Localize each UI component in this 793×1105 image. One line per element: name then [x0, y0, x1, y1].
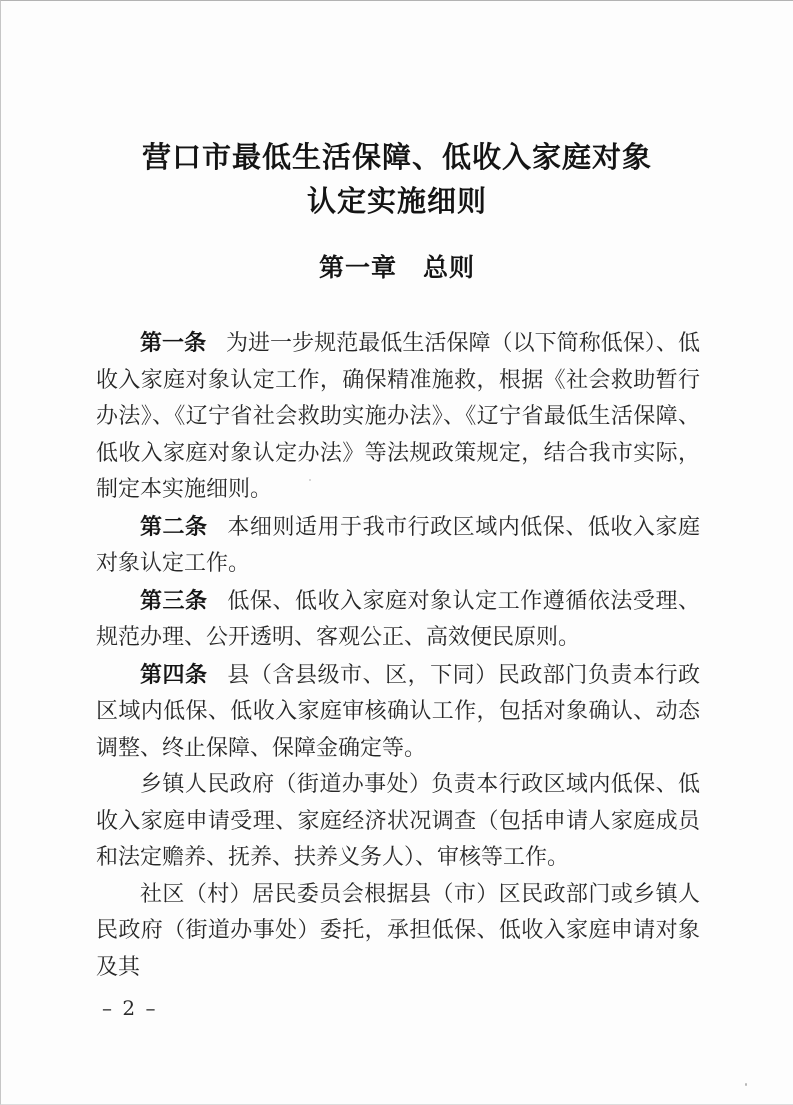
paragraph-article-4-continuation-2: 社区（村）居民委员会根据县（市）区民政部门或乡镇人民政府（街道办事处）委托，承担… — [96, 877, 700, 987]
document-title: 营口市最低生活保障、低收入家庭对象 认定实施细则 — [1, 1, 793, 223]
article-2-label: 第二条 — [140, 514, 208, 540]
paragraph-article-2: 第二条本细则适用于我市行政区域内低保、低收入家庭对象认定工作。 — [96, 509, 700, 583]
chapter-heading: 第一章 总则 — [1, 253, 793, 283]
article-4-label: 第四条 — [140, 662, 208, 688]
article-4-continuation-2-text: 社区（村）居民委员会根据县（市）区民政部门或乡镇人民政府（街道办事处）委托，承担… — [96, 882, 700, 980]
paragraph-article-4: 第四条县（含县级市、区，下同）民政部门负责本行政区域内低保、低收入家庭审核确认工… — [96, 657, 700, 768]
paragraph-article-3: 第三条低保、低收入家庭对象认定工作遵循依法受理、规范办理、公开透明、客观公正、高… — [96, 583, 700, 657]
document-title-line-2: 认定实施细则 — [1, 179, 793, 223]
document-title-line-1: 营口市最低生活保障、低收入家庭对象 — [1, 135, 793, 179]
scanned-document-page: 营口市最低生活保障、低收入家庭对象 认定实施细则 第一章 总则 第一条为进一步规… — [0, 0, 793, 1105]
article-1-text: 为进一步规范最低生活保障（以下简称低保）、低收入家庭对象认定工作，确保精准施救，… — [96, 331, 700, 502]
scan-speck — [745, 1083, 747, 1086]
page-number: – 2 – — [102, 996, 157, 1020]
paragraph-article-4-continuation-1: 乡镇人民政府（街道办事处）负责本行政区域内低保、低收入家庭申请受理、家庭经济状况… — [96, 767, 700, 877]
article-1-label: 第一条 — [140, 330, 206, 356]
article-4-continuation-1-text: 乡镇人民政府（街道办事处）负责本行政区域内低保、低收入家庭申请受理、家庭经济状况… — [96, 772, 700, 870]
scan-speck — [309, 479, 311, 481]
document-body: 第一条为进一步规范最低生活保障（以下简称低保）、低收入家庭对象认定工作，确保精准… — [96, 325, 700, 986]
paragraph-article-1: 第一条为进一步规范最低生活保障（以下简称低保）、低收入家庭对象认定工作，确保精准… — [96, 325, 700, 509]
article-3-label: 第三条 — [140, 588, 208, 614]
